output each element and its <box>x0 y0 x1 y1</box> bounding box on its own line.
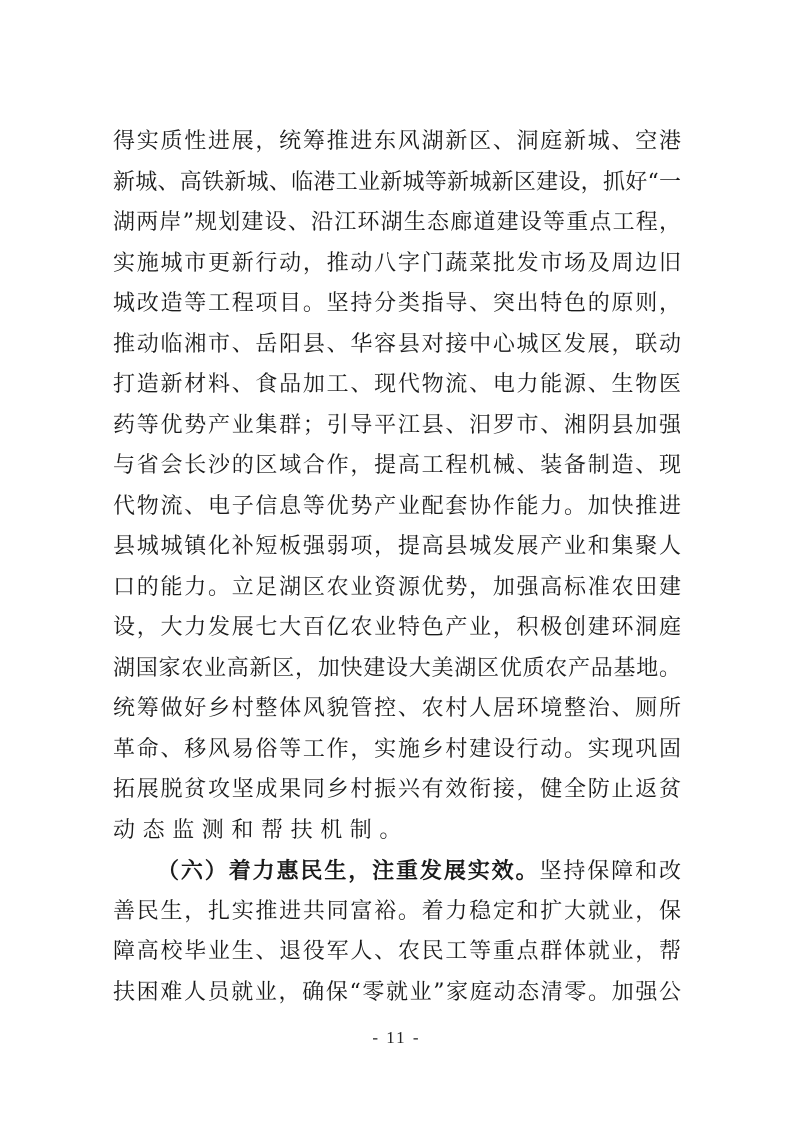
page-number: - 11 - <box>0 1028 793 1048</box>
text-line: 推动临湘市、岳阳县、华容县对接中心城区发展，联动 <box>113 325 681 366</box>
text-line: 县城城镇化补短板强弱项，提高县城发展产业和集聚人 <box>113 527 681 568</box>
text-line: 统筹做好乡村整体风貌管控、农村人居环境整治、厕所 <box>113 689 681 730</box>
body-text: 得实质性进展，统筹推进东风湖新区、洞庭新城、空港 新城、高铁新城、临港工业新城等… <box>113 122 681 1013</box>
text-line: 湖国家农业高新区，加快建设大美湖区优质农产品基地。 <box>113 649 681 690</box>
document-page: 得实质性进展，统筹推进东风湖新区、洞庭新城、空港 新城、高铁新城、临港工业新城等… <box>0 0 793 1122</box>
text-line: 与省会长沙的区域合作，提高工程机械、装备制造、现 <box>113 446 681 487</box>
section-heading-rest: 坚持保障和改 <box>539 859 681 884</box>
text-line: 拓展脱贫攻坚成果同乡村振兴有效衔接，健全防止返贫 <box>113 770 681 811</box>
text-line: 革命、移风易俗等工作，实施乡村建设行动。实现巩固 <box>113 730 681 771</box>
text-line: 动态监测和帮扶机制。 <box>113 811 681 852</box>
section-heading: （六）着力惠民生，注重发展实效。 <box>157 858 539 884</box>
text-line: 障高校毕业生、退役军人、农民工等重点群体就业，帮 <box>113 932 681 973</box>
section-heading-line: （六）着力惠民生，注重发展实效。坚持保障和改 <box>113 851 681 892</box>
text-line: 打造新材料、食品加工、现代物流、电力能源、生物医 <box>113 365 681 406</box>
text-line: 设，大力发展七大百亿农业特色产业，积极创建环洞庭 <box>113 608 681 649</box>
text-line: 湖两岸”规划建设、沿江环湖生态廊道建设等重点工程， <box>113 203 681 244</box>
text-line: 新城、高铁新城、临港工业新城等新城新区建设，抓好“一 <box>113 163 681 204</box>
text-line: 药等优势产业集群；引导平江县、汨罗市、湘阴县加强 <box>113 406 681 447</box>
text-line: 实施城市更新行动，推动八字门蔬菜批发市场及周边旧 <box>113 244 681 285</box>
text-line: 口的能力。立足湖区农业资源优势，加强高标准农田建 <box>113 568 681 609</box>
text-line: 扶困难人员就业，确保“零就业”家庭动态清零。加强公 <box>113 973 681 1014</box>
text-line: 城改造等工程项目。坚持分类指导、突出特色的原则， <box>113 284 681 325</box>
text-line: 代物流、电子信息等优势产业配套协作能力。加快推进 <box>113 487 681 528</box>
text-line: 善民生，扎实推进共同富裕。着力稳定和扩大就业，保 <box>113 892 681 933</box>
text-line: 得实质性进展，统筹推进东风湖新区、洞庭新城、空港 <box>113 122 681 163</box>
